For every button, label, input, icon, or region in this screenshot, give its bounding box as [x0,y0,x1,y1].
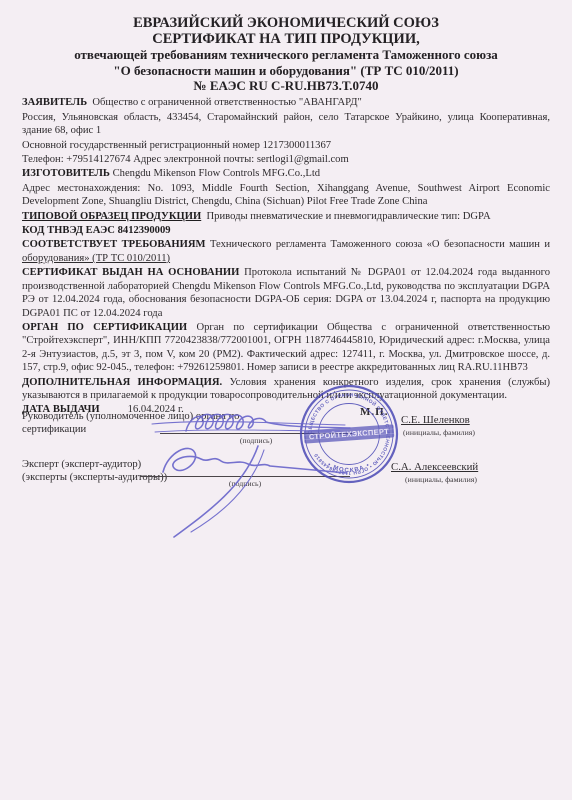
section-manufacturer: ИЗГОТОВИТЕЛЬ Chengdu Mikenson Flow Contr… [22,167,550,180]
compliance-regulation: оборудования» (ТР ТС 010/2011) [22,253,170,264]
section-tnved: КОД ТНВЭД ЕАЭС 8412390009 [22,224,550,237]
expert-name: С.А. Алексеевский [391,461,478,474]
applicant-contacts: Телефон: +79514127674 Адрес электронной … [22,153,550,166]
compliance-label: СООТВЕТСТВУЕТ ТРЕБОВАНИЯМ [22,239,206,250]
additional-info-label: ДОПОЛНИТЕЛЬНАЯ ИНФОРМАЦИЯ. [22,377,222,388]
expert-name-caption: (инициалы, фамилия) [391,475,491,484]
certificate-title: СЕРТИФИКАТ НА ТИП ПРОДУКЦИИ, [22,32,550,48]
certification-body-label: ОРГАН ПО СЕРТИФИКАЦИИ [22,322,187,333]
product-description: Приводы пневматические и пневмогидравлич… [207,211,491,222]
regulation-name: "О безопасности машин и оборудования" (Т… [22,63,550,78]
section-certification-body: ОРГАН ПО СЕРТИФИКАЦИИ Орган по сертифика… [22,321,550,375]
manufacturer-label: ИЗГОТОВИТЕЛЬ [22,168,110,179]
section-compliance: СООТВЕТСТВУЕТ ТРЕБОВАНИЯМ Технического р… [22,238,550,265]
applicant-address: Россия, Ульяновская область, 433454, Ста… [22,111,550,138]
certificate-body: ЗАЯВИТЕЛЬ Общество с ограниченной ответс… [22,96,550,416]
certificate-number: № ЕАЭС RU C-RU.HB73.Т.0740 [22,78,550,93]
section-applicant: ЗАЯВИТЕЛЬ Общество с ограниченной ответс… [22,96,550,109]
expert-role-line1: Эксперт (эксперт-аудитор) [22,459,141,470]
regulation-subtitle: отвечающей требованиям технического регл… [22,47,550,62]
product-label: ТИПОВОЙ ОБРАЗЕЦ ПРОДУКЦИИ [22,211,201,222]
expert-signature-caption: (подпись) [140,479,350,488]
certificate-content: ЕВРАЗИЙСКИЙ ЭКОНОМИЧЕСКИЙ СОЮЗ СЕРТИФИКА… [22,16,550,417]
certificate-page: ЕВРАЗИЙСКИЙ ЭКОНОМИЧЕСКИЙ СОЮЗ СЕРТИФИКА… [0,0,572,800]
applicant-ogrn: Основной государственный регистрационный… [22,139,550,152]
union-title: ЕВРАЗИЙСКИЙ ЭКОНОМИЧЕСКИЙ СОЮЗ [22,16,550,32]
applicant-name: Общество с ограниченной ответственностью… [92,97,361,108]
section-product: ТИПОВОЙ ОБРАЗЕЦ ПРОДУКЦИИ Приводы пневма… [22,210,550,223]
manufacturer-name: Chengdu Mikenson Flow Controls MFG.Co.,L… [113,168,320,179]
head-signature-caption: (подпись) [160,436,352,445]
head-signer-name: С.Е. Шеленков [401,414,470,427]
section-additional-info: ДОПОЛНИТЕЛЬНАЯ ИНФОРМАЦИЯ. Условия хране… [22,376,550,403]
head-signer-caption: (инициалы, фамилия) [393,428,485,437]
applicant-label: ЗАЯВИТЕЛЬ [22,97,87,108]
head-signature-line [160,413,352,434]
manufacturer-address: Адрес местонахождения: No. 1093, Middle … [22,182,550,209]
compliance-text: Технического регламента Таможенного союз… [210,239,550,250]
tnved-code: КОД ТНВЭД ЕАЭС 8412390009 [22,225,171,236]
expert-signature-line [140,456,350,477]
section-basis: СЕРТИФИКАТ ВЫДАН НА ОСНОВАНИИ Протокола … [22,266,550,320]
basis-label: СЕРТИФИКАТ ВЫДАН НА ОСНОВАНИИ [22,267,239,278]
stamp-place-label: М.П. [360,406,388,419]
